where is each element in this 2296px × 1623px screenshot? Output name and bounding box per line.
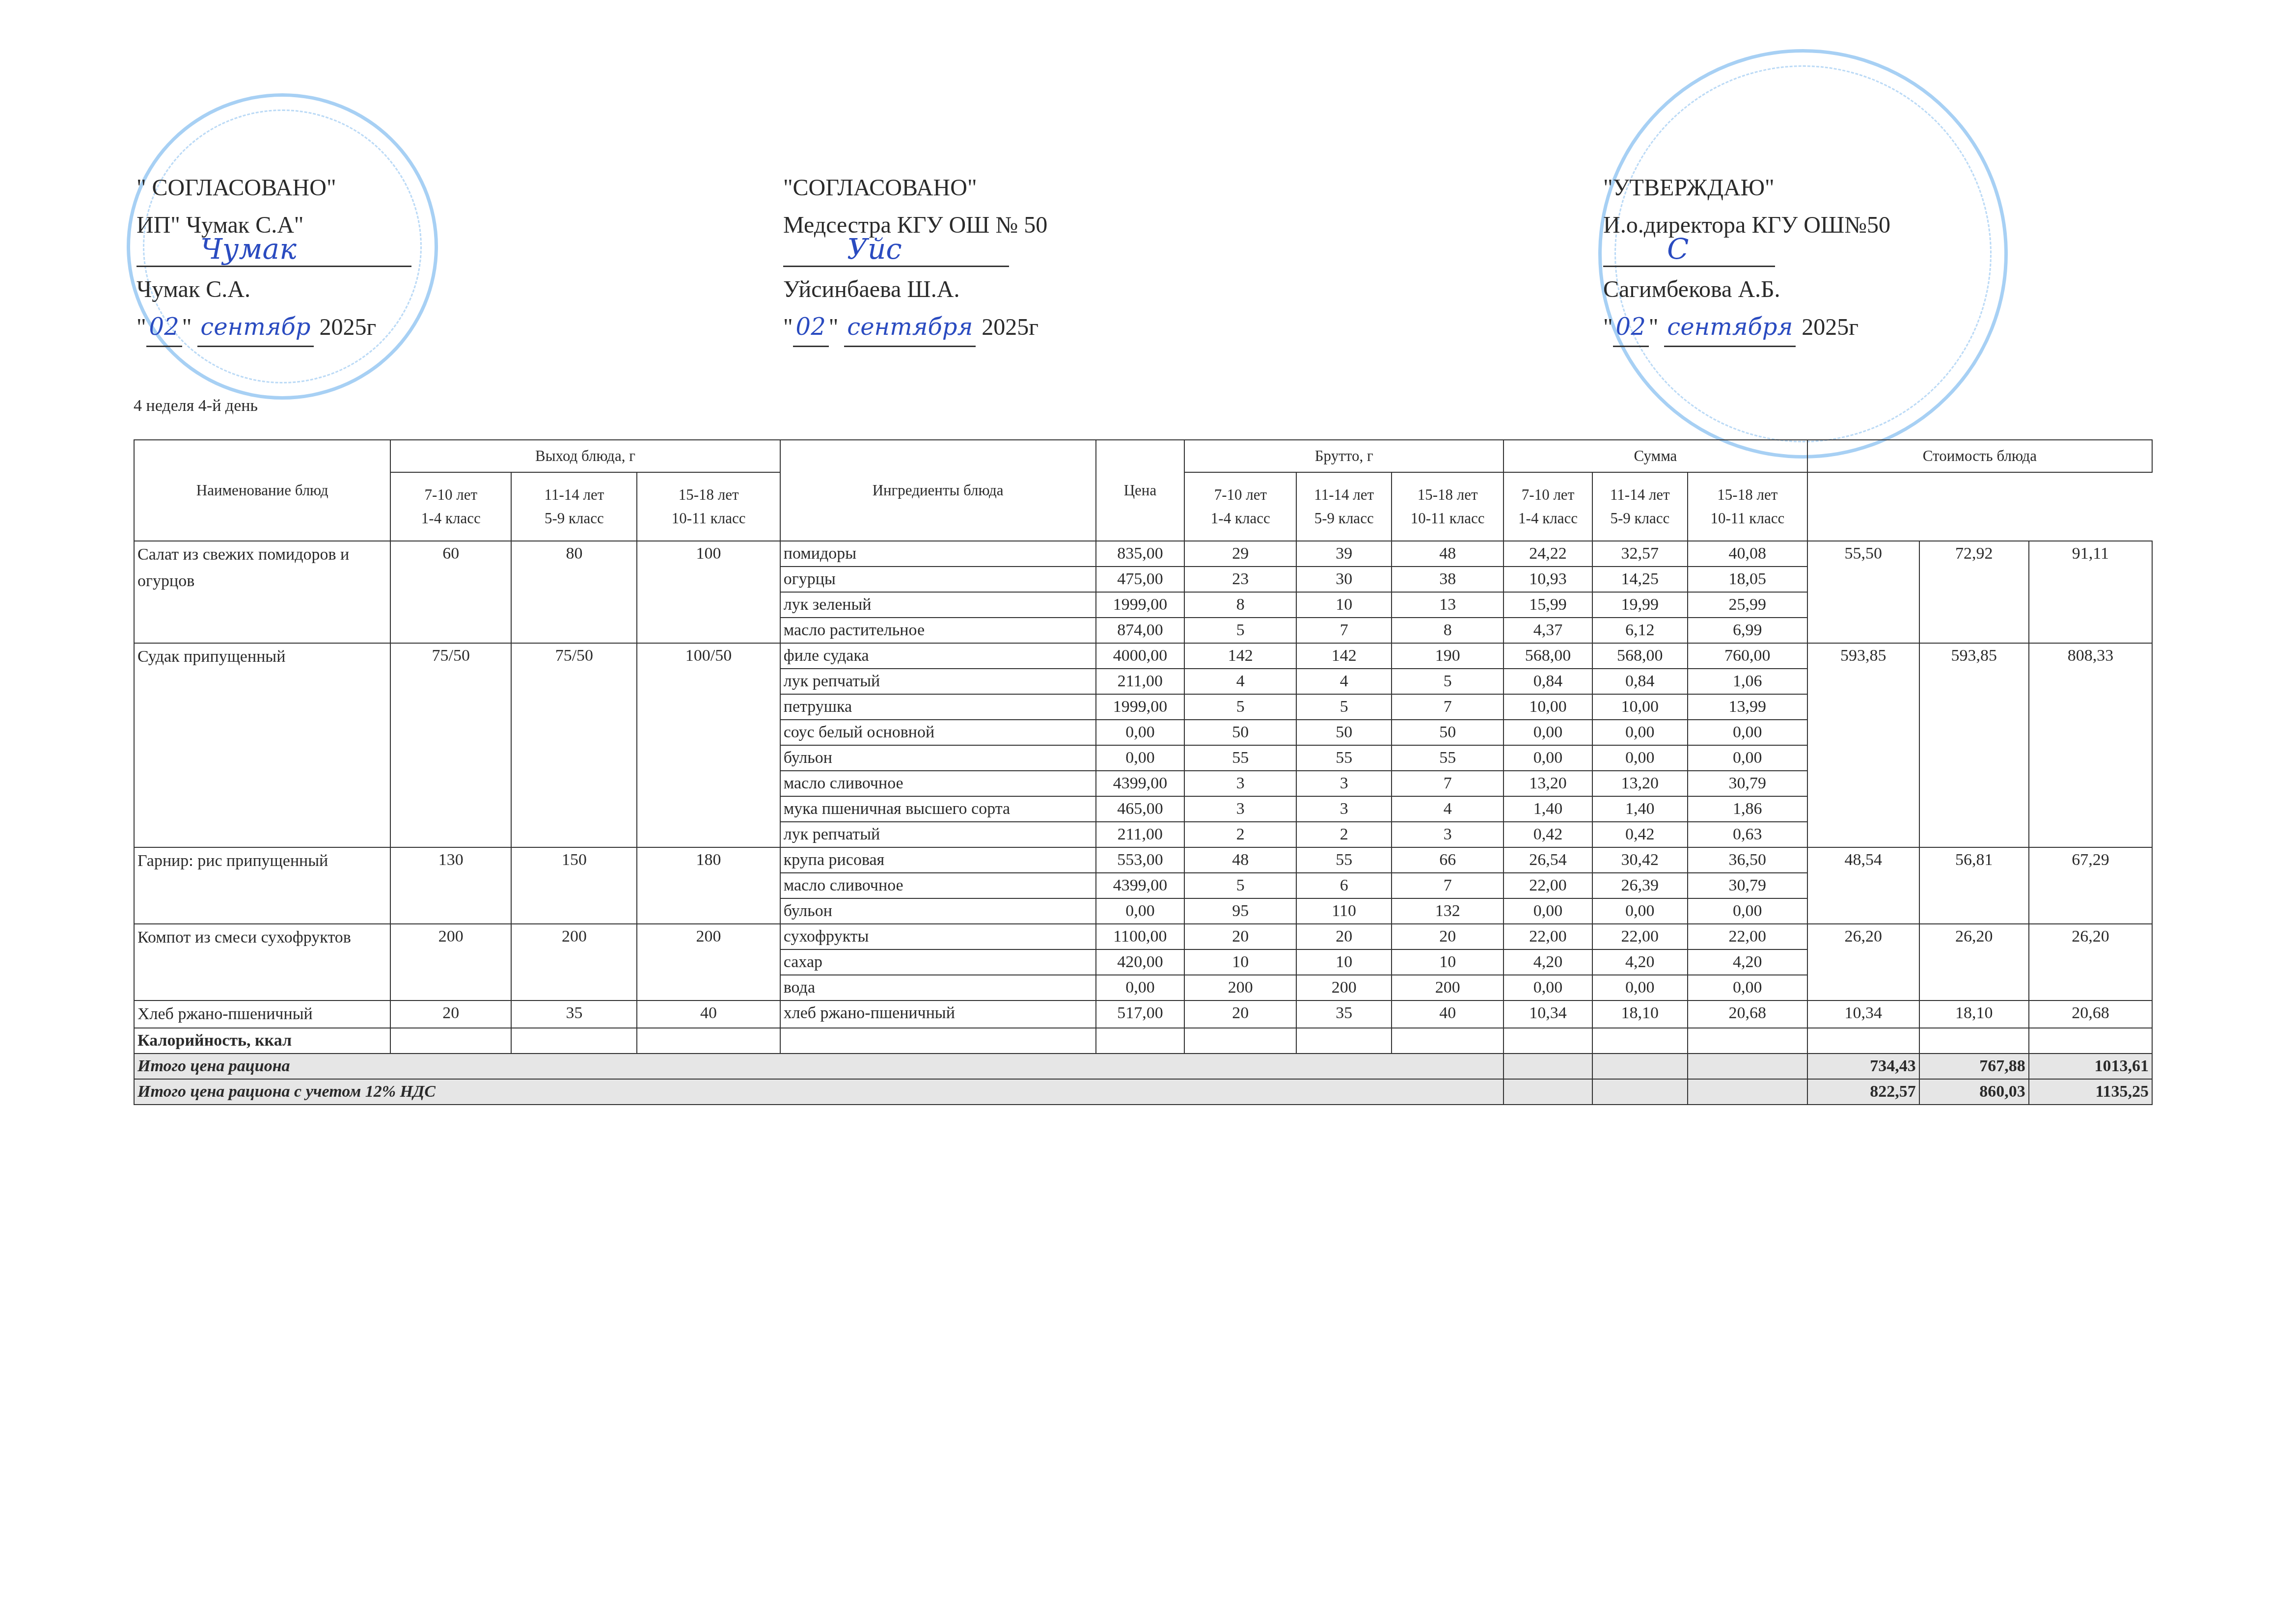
- approval-name: Сагимбекова А.Б.: [1603, 271, 1947, 308]
- total-row: Итого цена рациона734,43767,881013,61: [134, 1054, 2152, 1079]
- approval-heading: "УТВЕРЖДАЮ": [1603, 169, 1947, 207]
- ingredient-name: вода: [780, 975, 1096, 1001]
- ingredient-price: 0,00: [1096, 898, 1185, 924]
- ingredient-brutto: 5: [1184, 618, 1296, 643]
- signature: С: [1667, 230, 1689, 268]
- dish-cost: 26,20: [2029, 924, 2152, 1001]
- signature: Чумак: [200, 230, 297, 268]
- dish-cost: 808,33: [2029, 643, 2152, 847]
- ingredient-sum: 10,93: [1503, 567, 1592, 592]
- date-year: 2025г: [1802, 314, 1859, 340]
- calories-cell: [1503, 1028, 1592, 1054]
- table-row: Компот из смеси сухофруктов200200200сухо…: [134, 924, 2152, 949]
- total-empty: [1503, 1054, 1592, 1079]
- signature-line: С: [1603, 245, 1775, 267]
- calories-cell: [1184, 1028, 1296, 1054]
- ingredient-sum: 4,37: [1503, 618, 1592, 643]
- ingredient-brutto: 20: [1184, 1001, 1296, 1028]
- ingredient-sum: 22,00: [1503, 873, 1592, 898]
- dish-cost: 67,29: [2029, 847, 2152, 924]
- dish-name: Судак припущенный: [134, 643, 390, 847]
- header-dish-name: Наименование блюд: [134, 440, 390, 541]
- ingredient-brutto: 142: [1296, 643, 1392, 669]
- dish-yield: 200: [390, 924, 511, 1001]
- ingredient-brutto: 132: [1392, 898, 1503, 924]
- ingredient-name: бульон: [780, 898, 1096, 924]
- calories-cell: [780, 1028, 1096, 1054]
- approval-block-supplier: " СОГЛАСОВАНО" ИП" Чумак С.А" Чумак Чума…: [137, 169, 411, 347]
- dish-yield: 180: [637, 847, 780, 924]
- ingredient-brutto: 95: [1184, 898, 1296, 924]
- approval-name: Уйсинбаева Ш.А.: [783, 271, 1078, 308]
- ingredient-sum: 26,54: [1503, 847, 1592, 873]
- menu-cost-table: Наименование блюд Выход блюда, г Ингреди…: [134, 439, 2153, 1105]
- ingredient-brutto: 8: [1392, 618, 1503, 643]
- date-month: сентября: [1664, 308, 1796, 347]
- ingredient-sum: 30,42: [1592, 847, 1688, 873]
- total-value: 1013,61: [2029, 1054, 2152, 1079]
- ingredient-sum: 760,00: [1688, 643, 1807, 669]
- ingredient-price: 1999,00: [1096, 592, 1185, 618]
- date-day: 02: [1613, 308, 1649, 347]
- ingredient-name: крупа рисовая: [780, 847, 1096, 873]
- age-range: 11-14 лет: [1300, 483, 1388, 507]
- ingredient-brutto: 20: [1296, 924, 1392, 949]
- dish-cost: 56,81: [1919, 847, 2029, 924]
- ingredient-brutto: 5: [1392, 669, 1503, 694]
- age-range: 15-18 лет: [1395, 483, 1500, 507]
- dish-yield: 150: [511, 847, 637, 924]
- header-price: Цена: [1096, 440, 1185, 541]
- header-age-group: 11-14 лет5-9 класс: [1592, 472, 1688, 541]
- grade-range: 1-4 класс: [394, 507, 508, 530]
- ingredient-name: лук зеленый: [780, 592, 1096, 618]
- header-age-group: 15-18 лет10-11 класс: [1392, 472, 1503, 541]
- grade-range: 5-9 класс: [1596, 507, 1684, 530]
- ingredient-brutto: 2: [1296, 822, 1392, 847]
- ingredient-brutto: 20: [1184, 924, 1296, 949]
- ingredient-name: масло сливочное: [780, 873, 1096, 898]
- ingredient-brutto: 4: [1296, 669, 1392, 694]
- total-empty: [1592, 1079, 1688, 1105]
- calories-cell: [1688, 1028, 1807, 1054]
- ingredient-sum: 4,20: [1503, 949, 1592, 975]
- ingredient-name: соус белый основной: [780, 720, 1096, 745]
- ingredient-brutto: 7: [1392, 771, 1503, 796]
- ingredient-brutto: 39: [1296, 541, 1392, 567]
- ingredient-brutto: 50: [1392, 720, 1503, 745]
- age-range: 15-18 лет: [640, 483, 776, 507]
- dish-cost: 10,34: [1807, 1001, 1919, 1028]
- ingredient-sum: 568,00: [1503, 643, 1592, 669]
- age-range: 7-10 лет: [394, 483, 508, 507]
- ingredient-brutto: 50: [1184, 720, 1296, 745]
- header-age-group: 11-14 лет5-9 класс: [1296, 472, 1392, 541]
- ingredient-brutto: 55: [1392, 745, 1503, 771]
- approval-org: Медсестра КГУ ОШ № 50: [783, 207, 1078, 244]
- ingredient-sum: 26,39: [1592, 873, 1688, 898]
- ingredient-sum: 0,00: [1688, 745, 1807, 771]
- ingredient-brutto: 20: [1392, 924, 1503, 949]
- grade-range: 1-4 класс: [1188, 507, 1293, 530]
- ingredient-brutto: 142: [1184, 643, 1296, 669]
- approval-date: "02" сентября 2025г: [783, 308, 1078, 347]
- ingredient-sum: 19,99: [1592, 592, 1688, 618]
- ingredient-sum: 30,79: [1688, 873, 1807, 898]
- table-header-row: Наименование блюд Выход блюда, г Ингреди…: [134, 440, 2152, 472]
- ingredient-brutto: 5: [1184, 873, 1296, 898]
- approval-name: Чумак С.А.: [137, 271, 411, 308]
- ingredient-brutto: 3: [1392, 822, 1503, 847]
- ingredient-brutto: 66: [1392, 847, 1503, 873]
- ingredient-sum: 30,79: [1688, 771, 1807, 796]
- age-range: 15-18 лет: [1691, 483, 1804, 507]
- ingredient-sum: 32,57: [1592, 541, 1688, 567]
- total-empty: [1688, 1054, 1807, 1079]
- ingredient-sum: 0,00: [1503, 745, 1592, 771]
- ingredient-brutto: 10: [1392, 949, 1503, 975]
- ingredient-sum: 4,20: [1592, 949, 1688, 975]
- ingredient-sum: 0,00: [1592, 745, 1688, 771]
- ingredient-sum: 0,84: [1503, 669, 1592, 694]
- ingredient-sum: 25,99: [1688, 592, 1807, 618]
- header-age-group: 7-10 лет1-4 класс: [1503, 472, 1592, 541]
- total-value: 860,03: [1919, 1079, 2029, 1105]
- total-row: Итого цена рациона с учетом 12% НДС822,5…: [134, 1079, 2152, 1105]
- ingredient-price: 0,00: [1096, 745, 1185, 771]
- ingredient-sum: 1,86: [1688, 796, 1807, 822]
- dish-yield: 60: [390, 541, 511, 643]
- ingredient-sum: 6,99: [1688, 618, 1807, 643]
- header-age-group: 11-14 лет5-9 класс: [511, 472, 637, 541]
- table-row: Салат из свежих помидоров и огурцов60801…: [134, 541, 2152, 567]
- ingredient-sum: 10,00: [1503, 694, 1592, 720]
- calories-cell: [1096, 1028, 1185, 1054]
- age-range: 7-10 лет: [1188, 483, 1293, 507]
- approval-date: "02" сентябр 2025г: [137, 308, 411, 347]
- dish-cost: 18,10: [1919, 1001, 2029, 1028]
- ingredient-price: 4000,00: [1096, 643, 1185, 669]
- grade-range: 5-9 класс: [1300, 507, 1388, 530]
- ingredient-brutto: 35: [1296, 1001, 1392, 1028]
- header-sum: Сумма: [1503, 440, 1807, 472]
- header-age-group: 15-18 лет10-11 класс: [1688, 472, 1807, 541]
- ingredient-price: 874,00: [1096, 618, 1185, 643]
- ingredient-price: 4399,00: [1096, 873, 1185, 898]
- calories-cell: [390, 1028, 511, 1054]
- ingredient-brutto: 5: [1296, 694, 1392, 720]
- dish-yield: 200: [511, 924, 637, 1001]
- header-brutto: Брутто, г: [1184, 440, 1503, 472]
- dish-yield: 200: [637, 924, 780, 1001]
- ingredient-sum: 13,99: [1688, 694, 1807, 720]
- ingredient-sum: 4,20: [1688, 949, 1807, 975]
- menu-day-subtitle: 4 неделя 4-й день: [134, 397, 258, 415]
- dish-cost: 26,20: [1807, 924, 1919, 1001]
- ingredient-sum: 0,42: [1503, 822, 1592, 847]
- ingredient-brutto: 13: [1392, 592, 1503, 618]
- dish-cost: 26,20: [1919, 924, 2029, 1001]
- ingredient-brutto: 48: [1184, 847, 1296, 873]
- ingredient-sum: 24,22: [1503, 541, 1592, 567]
- calories-cell: [1919, 1028, 2029, 1054]
- calories-cell: [1807, 1028, 1919, 1054]
- ingredient-sum: 0,00: [1503, 975, 1592, 1001]
- calories-cell: [2029, 1028, 2152, 1054]
- ingredient-brutto: 40: [1392, 1001, 1503, 1028]
- ingredient-sum: 14,25: [1592, 567, 1688, 592]
- grade-range: 5-9 класс: [515, 507, 633, 530]
- ingredient-brutto: 30: [1296, 567, 1392, 592]
- ingredient-sum: 36,50: [1688, 847, 1807, 873]
- total-value: 822,57: [1807, 1079, 1919, 1105]
- dish-name: Салат из свежих помидоров и огурцов: [134, 541, 390, 643]
- ingredient-sum: 0,00: [1688, 975, 1807, 1001]
- ingredient-name: лук репчатый: [780, 822, 1096, 847]
- ingredient-name: масло сливочное: [780, 771, 1096, 796]
- table-body: Салат из свежих помидоров и огурцов60801…: [134, 541, 2152, 1105]
- ingredient-brutto: 200: [1392, 975, 1503, 1001]
- ingredient-sum: 0,84: [1592, 669, 1688, 694]
- dish-name: Хлеб ржано-пшеничный: [134, 1001, 390, 1028]
- ingredient-brutto: 4: [1392, 796, 1503, 822]
- date-month: сентябр: [197, 308, 313, 347]
- ingredient-sum: 13,20: [1503, 771, 1592, 796]
- approval-block-director: "УТВЕРЖДАЮ" И.о.директора КГУ ОШ№50 С Са…: [1603, 169, 1947, 347]
- ingredient-price: 1999,00: [1096, 694, 1185, 720]
- ingredient-sum: 13,20: [1592, 771, 1688, 796]
- header-ingredients: Ингредиенты блюда: [780, 440, 1096, 541]
- dish-cost: 91,11: [2029, 541, 2152, 643]
- age-range: 11-14 лет: [1596, 483, 1684, 507]
- approval-heading: " СОГЛАСОВАНО": [137, 169, 411, 207]
- ingredient-price: 211,00: [1096, 669, 1185, 694]
- table-row: Хлеб ржано-пшеничный203540хлеб ржано-пше…: [134, 1001, 2152, 1028]
- ingredient-price: 553,00: [1096, 847, 1185, 873]
- ingredient-brutto: 2: [1184, 822, 1296, 847]
- ingredient-sum: 20,68: [1688, 1001, 1807, 1028]
- dish-cost: 72,92: [1919, 541, 2029, 643]
- ingredient-brutto: 6: [1296, 873, 1392, 898]
- ingredient-name: петрушка: [780, 694, 1096, 720]
- ingredient-sum: 0,00: [1688, 720, 1807, 745]
- ingredient-brutto: 4: [1184, 669, 1296, 694]
- table-row: Гарнир: рис припущенный130150180крупа ри…: [134, 847, 2152, 873]
- ingredient-brutto: 10: [1296, 592, 1392, 618]
- date-year: 2025г: [320, 314, 377, 340]
- ingredient-name: сухофрукты: [780, 924, 1096, 949]
- ingredient-sum: 568,00: [1592, 643, 1688, 669]
- ingredient-sum: 6,12: [1592, 618, 1688, 643]
- ingredient-sum: 1,06: [1688, 669, 1807, 694]
- ingredient-sum: 1,40: [1592, 796, 1688, 822]
- ingredient-brutto: 5: [1184, 694, 1296, 720]
- total-label: Итого цена рациона: [134, 1054, 1503, 1079]
- ingredient-brutto: 200: [1296, 975, 1392, 1001]
- ingredient-name: мука пшеничная высшего сорта: [780, 796, 1096, 822]
- ingredient-price: 835,00: [1096, 541, 1185, 567]
- dish-cost: 48,54: [1807, 847, 1919, 924]
- calories-cell: [1392, 1028, 1503, 1054]
- approval-org: И.о.директора КГУ ОШ№50: [1603, 207, 1947, 244]
- ingredient-sum: 22,00: [1503, 924, 1592, 949]
- ingredient-price: 517,00: [1096, 1001, 1185, 1028]
- ingredient-name: бульон: [780, 745, 1096, 771]
- ingredient-brutto: 3: [1184, 771, 1296, 796]
- dish-yield: 40: [637, 1001, 780, 1028]
- date-day: 02: [793, 308, 829, 347]
- dish-yield: 100: [637, 541, 780, 643]
- approval-heading: "СОГЛАСОВАНО": [783, 169, 1078, 207]
- signature-line: Чумак: [137, 245, 411, 267]
- dish-yield: 80: [511, 541, 637, 643]
- grade-range: 1-4 класс: [1507, 507, 1589, 530]
- ingredient-brutto: 7: [1392, 873, 1503, 898]
- ingredient-sum: 0,00: [1592, 975, 1688, 1001]
- ingredient-sum: 40,08: [1688, 541, 1807, 567]
- total-label: Итого цена рациона с учетом 12% НДС: [134, 1079, 1503, 1105]
- ingredient-brutto: 190: [1392, 643, 1503, 669]
- total-empty: [1503, 1079, 1592, 1105]
- ingredient-price: 0,00: [1096, 720, 1185, 745]
- header-yield: Выход блюда, г: [390, 440, 780, 472]
- approval-block-nurse: "СОГЛАСОВАНО" Медсестра КГУ ОШ № 50 Уйс …: [783, 169, 1078, 347]
- ingredient-price: 475,00: [1096, 567, 1185, 592]
- ingredient-sum: 18,10: [1592, 1001, 1688, 1028]
- ingredient-brutto: 8: [1184, 592, 1296, 618]
- ingredient-sum: 22,00: [1592, 924, 1688, 949]
- dish-yield: 35: [511, 1001, 637, 1028]
- ingredient-price: 211,00: [1096, 822, 1185, 847]
- ingredient-name: хлеб ржано-пшеничный: [780, 1001, 1096, 1028]
- total-empty: [1592, 1054, 1688, 1079]
- calories-cell: [511, 1028, 637, 1054]
- ingredient-brutto: 23: [1184, 567, 1296, 592]
- dish-name: Компот из смеси сухофруктов: [134, 924, 390, 1001]
- ingredient-name: сахар: [780, 949, 1096, 975]
- ingredient-brutto: 3: [1296, 771, 1392, 796]
- ingredient-brutto: 48: [1392, 541, 1503, 567]
- ingredient-brutto: 50: [1296, 720, 1392, 745]
- total-value: 767,88: [1919, 1054, 2029, 1079]
- ingredient-brutto: 55: [1184, 745, 1296, 771]
- ingredient-sum: 0,00: [1592, 720, 1688, 745]
- grade-range: 10-11 класс: [640, 507, 776, 530]
- ingredient-brutto: 7: [1296, 618, 1392, 643]
- signature: Уйс: [847, 230, 902, 268]
- total-empty: [1688, 1079, 1807, 1105]
- ingredient-brutto: 38: [1392, 567, 1503, 592]
- ingredient-sum: 0,63: [1688, 822, 1807, 847]
- ingredient-name: масло растительное: [780, 618, 1096, 643]
- ingredient-sum: 0,00: [1503, 898, 1592, 924]
- ingredient-brutto: 200: [1184, 975, 1296, 1001]
- date-year: 2025г: [982, 314, 1039, 340]
- calories-cell: [1592, 1028, 1688, 1054]
- dish-cost: 20,68: [2029, 1001, 2152, 1028]
- ingredient-sum: 0,42: [1592, 822, 1688, 847]
- ingredient-brutto: 110: [1296, 898, 1392, 924]
- ingredient-brutto: 3: [1296, 796, 1392, 822]
- ingredient-price: 0,00: [1096, 975, 1185, 1001]
- header-age-group: 15-18 лет10-11 класс: [637, 472, 780, 541]
- dish-yield: 75/50: [511, 643, 637, 847]
- ingredient-name: огурцы: [780, 567, 1096, 592]
- ingredient-sum: 0,00: [1688, 898, 1807, 924]
- signature-line: Уйс: [783, 245, 1009, 267]
- table-row: Судак припущенный75/5075/50100/50филе су…: [134, 643, 2152, 669]
- ingredient-sum: 15,99: [1503, 592, 1592, 618]
- ingredient-brutto: 10: [1296, 949, 1392, 975]
- calories-label: Калорийность, ккал: [134, 1028, 390, 1054]
- ingredient-sum: 10,00: [1592, 694, 1688, 720]
- ingredient-brutto: 7: [1392, 694, 1503, 720]
- grade-range: 10-11 класс: [1691, 507, 1804, 530]
- total-value: 734,43: [1807, 1054, 1919, 1079]
- total-value: 1135,25: [2029, 1079, 2152, 1105]
- header-dish-cost: Стоимость блюда: [1807, 440, 2152, 472]
- dish-cost: 593,85: [1919, 643, 2029, 847]
- ingredient-name: помидоры: [780, 541, 1096, 567]
- ingredient-brutto: 3: [1184, 796, 1296, 822]
- header-age-group: 7-10 лет1-4 класс: [390, 472, 511, 541]
- date-day: 02: [146, 308, 182, 347]
- ingredient-brutto: 55: [1296, 847, 1392, 873]
- ingredient-price: 1100,00: [1096, 924, 1185, 949]
- ingredient-brutto: 55: [1296, 745, 1392, 771]
- dish-yield: 75/50: [390, 643, 511, 847]
- calories-cell: [637, 1028, 780, 1054]
- dish-yield: 130: [390, 847, 511, 924]
- dish-yield: 100/50: [637, 643, 780, 847]
- dish-cost: 593,85: [1807, 643, 1919, 847]
- calories-row: Калорийность, ккал: [134, 1028, 2152, 1054]
- date-month: сентября: [844, 308, 976, 347]
- dish-yield: 20: [390, 1001, 511, 1028]
- dish-name: Гарнир: рис припущенный: [134, 847, 390, 924]
- ingredient-name: филе судака: [780, 643, 1096, 669]
- ingredient-sum: 10,34: [1503, 1001, 1592, 1028]
- age-range: 7-10 лет: [1507, 483, 1589, 507]
- ingredient-brutto: 10: [1184, 949, 1296, 975]
- ingredient-price: 420,00: [1096, 949, 1185, 975]
- grade-range: 10-11 класс: [1395, 507, 1500, 530]
- dish-cost: 55,50: [1807, 541, 1919, 643]
- ingredient-price: 4399,00: [1096, 771, 1185, 796]
- header-age-group: 7-10 лет1-4 класс: [1184, 472, 1296, 541]
- approval-date: "02" сентября 2025г: [1603, 308, 1947, 347]
- age-range: 11-14 лет: [515, 483, 633, 507]
- ingredient-price: 465,00: [1096, 796, 1185, 822]
- ingredient-sum: 22,00: [1688, 924, 1807, 949]
- ingredient-sum: 1,40: [1503, 796, 1592, 822]
- ingredient-sum: 0,00: [1503, 720, 1592, 745]
- ingredient-sum: 0,00: [1592, 898, 1688, 924]
- calories-cell: [1296, 1028, 1392, 1054]
- ingredient-sum: 18,05: [1688, 567, 1807, 592]
- ingredient-name: лук репчатый: [780, 669, 1096, 694]
- ingredient-brutto: 29: [1184, 541, 1296, 567]
